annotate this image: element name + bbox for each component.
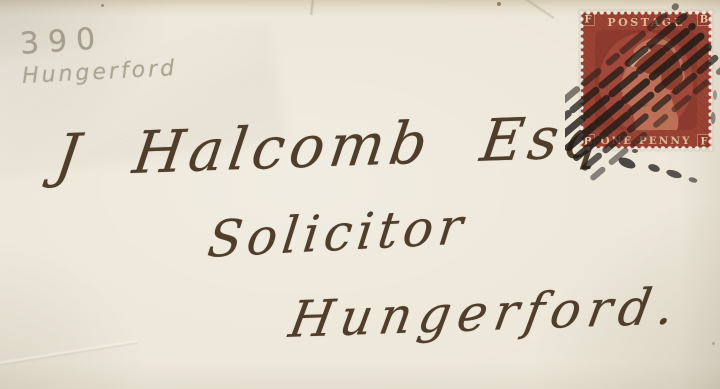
pencil-note-number: 390 bbox=[19, 21, 106, 62]
pencil-note-place: Hungerford bbox=[21, 56, 177, 89]
envelope: 390 Hungerford J Halcomb Esq Solicitor H… bbox=[0, 0, 720, 389]
speck bbox=[101, 4, 104, 7]
speck bbox=[712, 342, 715, 345]
address-line-occupation: Solicitor bbox=[205, 197, 471, 269]
penny-red-stamp: POSTAGE ONE PENNY F B B F bbox=[578, 9, 714, 151]
address-line-recipient: J Halcomb Esq bbox=[51, 102, 610, 190]
crease-bottom-left bbox=[0, 340, 137, 365]
address-line-town: Hungerford. bbox=[285, 277, 686, 349]
crease-top-vertical bbox=[310, 0, 314, 15]
stamp-postage-label: POSTAGE bbox=[607, 16, 684, 29]
speck bbox=[497, 2, 501, 6]
stamp-body: POSTAGE ONE PENNY F B B F bbox=[578, 9, 714, 151]
crease-top-center bbox=[494, 0, 555, 19]
stamp-corner-letter-top-right: B bbox=[700, 15, 708, 26]
stamp-corner-letter-top-left: F bbox=[584, 15, 591, 26]
